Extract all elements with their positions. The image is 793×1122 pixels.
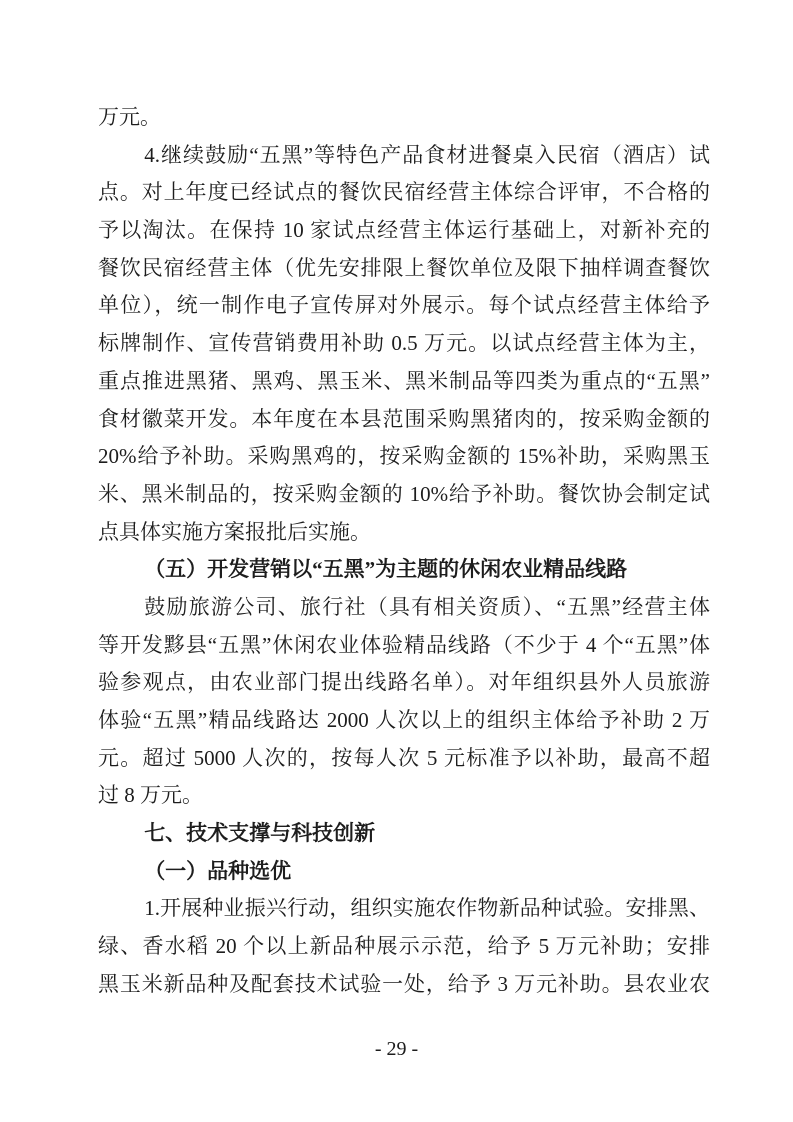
body-text-line: 食材徽菜开发。本年度在本县范围采购黑猪肉的，按采购金额的 <box>98 401 710 439</box>
body-text-line: 体验“五黑”精品线路达 2000 人次以上的组织主体给予补助 2 万 <box>98 702 710 740</box>
body-text-line: 单位），统一制作电子宣传屏对外展示。每个试点经营主体给予 <box>98 287 710 325</box>
body-text-line: 点。对上年度已经试点的餐饮民宿经营主体综合评审，不合格的 <box>98 174 710 212</box>
body-text-line: 标牌制作、宣传营销费用补助 0.5 万元。以试点经营主体为主， <box>98 325 710 363</box>
chapter-heading-7: 七、技术支撑与科技创新 <box>98 815 710 853</box>
body-text-line: 万元。 <box>98 99 710 137</box>
body-text-line: 验参观点，由农业部门提出线路名单）。对年组织县外人员旅游 <box>98 664 710 702</box>
body-text-line: 20%给予补助。采购黑鸡的，按采购金额的 15%补助，采购黑玉 <box>98 438 710 476</box>
body-text-line: 予以淘汰。在保持 10 家试点经营主体运行基础上，对新补充的 <box>98 212 710 250</box>
page-number: - 29 - <box>0 1036 793 1062</box>
body-text-line: 等开发黟县“五黑”休闲农业体验精品线路（不少于 4 个“五黑”体 <box>98 627 710 665</box>
body-text-line: 绿、香水稻 20 个以上新品种展示示范，给予 5 万元补助；安排 <box>98 928 710 966</box>
document-page: 万元。 4.继续鼓励“五黑”等特色产品食材进餐桌入民宿（酒店）试 点。对上年度已… <box>0 0 793 1122</box>
body-text-line: 点具体实施方案报批后实施。 <box>98 514 710 552</box>
body-text-line: 餐饮民宿经营主体（优先安排限上餐饮单位及限下抽样调查餐饮 <box>98 250 710 288</box>
body-text-line: 鼓励旅游公司、旅行社（具有相关资质）、“五黑”经营主体 <box>98 589 710 627</box>
body-text-line: 1.开展种业振兴行动，组织实施农作物新品种试验。安排黑、 <box>98 890 710 928</box>
page-body: 万元。 4.继续鼓励“五黑”等特色产品食材进餐桌入民宿（酒店）试 点。对上年度已… <box>98 99 710 1004</box>
body-text-line: 黑玉米新品种及配套技术试验一处，给予 3 万元补助。县农业农 <box>98 966 710 1004</box>
body-text-line: 重点推进黑猪、黑鸡、黑玉米、黑米制品等四类为重点的“五黑” <box>98 363 710 401</box>
section-heading-5: （五）开发营销以“五黑”为主题的休闲农业精品线路 <box>98 551 710 589</box>
body-text-line: 米、黑米制品的，按采购金额的 10%给予补助。餐饮协会制定试 <box>98 476 710 514</box>
subsection-heading-1: （一）品种选优 <box>98 853 710 891</box>
body-text-line: 元。超过 5000 人次的，按每人次 5 元标准予以补助，最高不超 <box>98 740 710 778</box>
body-text-line: 过 8 万元。 <box>98 777 710 815</box>
body-text-line: 4.继续鼓励“五黑”等特色产品食材进餐桌入民宿（酒店）试 <box>98 137 710 175</box>
